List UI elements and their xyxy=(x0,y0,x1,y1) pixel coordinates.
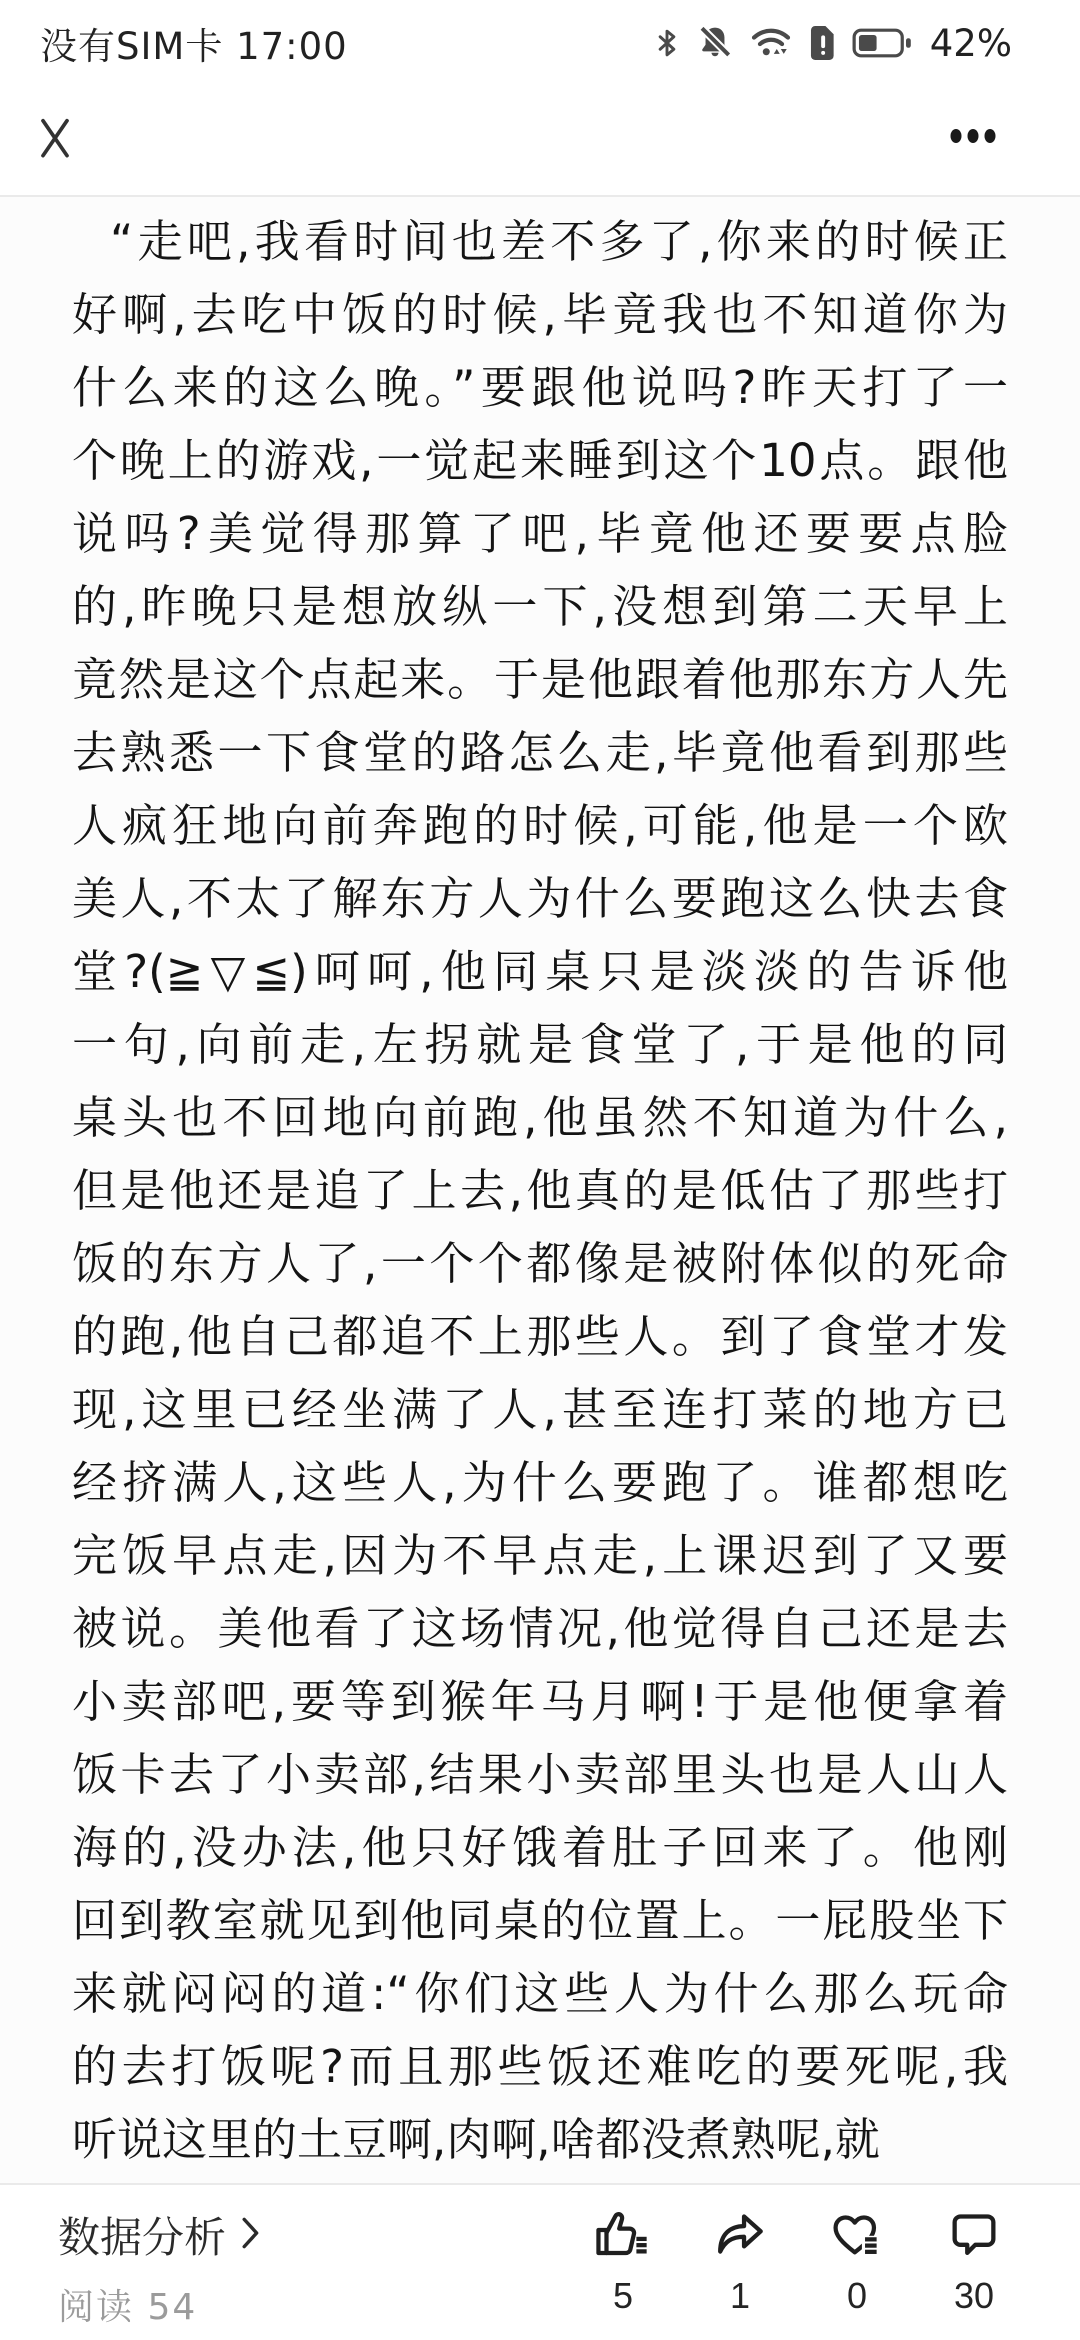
thumbs-up-icon xyxy=(594,2207,652,2261)
text-line: 去熟悉一下食堂的路怎么走,毕竟他看到那些 xyxy=(72,716,1008,789)
text-line: 美人,不太了解东方人为什么要跑这么快去食 xyxy=(72,862,1008,935)
status-bar: 没有SIM卡 17:00 xyxy=(0,0,1080,80)
battery-percent-label: 42% xyxy=(930,22,1012,65)
text-line: 个晚上的游戏,一觉起来睡到这个10点。跟他 xyxy=(72,424,1008,497)
text-line: 好啊,去吃中饭的时候,毕竟我也不知道你为 xyxy=(72,278,1008,351)
footer-bar: 数据分析 阅读 54 5 xyxy=(0,2185,1080,2340)
comment-bubble-icon xyxy=(947,2207,1001,2261)
analytics-label: 数据分析 xyxy=(58,2205,226,2265)
read-count-value: 54 xyxy=(147,2287,197,2328)
text-line: 什么来的这么晚。”要跟他说吗?昨天打了一 xyxy=(72,351,1008,424)
more-options-icon xyxy=(948,126,1000,149)
text-line: 饭卡去了小卖部,结果小卖部里头也是人山人 xyxy=(72,1738,1008,1811)
wifi-icon xyxy=(748,22,794,64)
share-count: 1 xyxy=(730,2275,750,2317)
text-line: 但是他还是追了上去,他真的是低估了那些打 xyxy=(72,1154,1008,1227)
text-line: 听说这里的土豆啊,肉啊,啥都没煮熟呢,就 xyxy=(72,2103,1008,2176)
text-line: 回到教室就见到他同桌的位置上。一屁股坐下 xyxy=(72,1884,1008,1957)
text-line: 被说。美他看了这场情况,他觉得自己还是去 xyxy=(72,1592,1008,1665)
bluetooth-icon xyxy=(652,23,682,63)
more-options-button[interactable] xyxy=(948,126,1000,149)
text-line: 人疯狂地向前奔跑的时候,可能,他是一个欧 xyxy=(72,789,1008,862)
like-count: 5 xyxy=(613,2275,633,2317)
text-line: 海的,没办法,他只好饿着肚子回来了。他刚 xyxy=(72,1811,1008,1884)
chevron-right-icon xyxy=(240,2216,262,2254)
favorite-count: 0 xyxy=(847,2275,867,2317)
text-line: 竟然是这个点起来。于是他跟着他那东方人先 xyxy=(72,643,1008,716)
text-line: “走吧,我看时间也差不多了,你来的时候正 xyxy=(72,205,1008,278)
footer-left: 数据分析 阅读 54 xyxy=(58,2205,262,2330)
text-line: 的,昨晚只是想放纵一下,没想到第二天早上 xyxy=(72,570,1008,643)
text-line: 现,这里已经坐满了人,甚至连打菜的地方已 xyxy=(72,1373,1008,1446)
carrier-time-label: 没有SIM卡 17:00 xyxy=(40,16,348,70)
close-button[interactable] xyxy=(30,112,80,163)
text-line: 的去打饭呢?而且那些饭还难吃的要死呢,我 xyxy=(72,2030,1008,2103)
comment-count: 30 xyxy=(954,2275,994,2317)
reader-header xyxy=(0,80,1080,195)
like-button[interactable]: 5 xyxy=(594,2207,652,2317)
action-bar: 5 1 0 xyxy=(594,2207,1002,2317)
text-line: 来就闷闷的道:“你们这些人为什么那么玩命 xyxy=(72,1957,1008,2030)
read-count: 阅读 54 xyxy=(58,2279,262,2330)
text-line: 堂?(≧▽≦)呵呵,他同桌只是淡淡的告诉他 xyxy=(72,935,1008,1008)
text-line: 饭的东方人了,一个个都像是被附体似的死命 xyxy=(72,1227,1008,1300)
status-icons: 42% xyxy=(652,21,1012,65)
reading-page[interactable]: “走吧,我看时间也差不多了,你来的时候正好啊,去吃中饭的时候,毕竟我也不知道你为… xyxy=(0,197,1080,2183)
favorite-button[interactable]: 0 xyxy=(828,2207,886,2317)
text-line: 说吗?美觉得那算了吧,毕竟他还要要点脸 xyxy=(72,497,1008,570)
text-line: 的跑,他自己都追不上那些人。到了食堂才发 xyxy=(72,1300,1008,1373)
share-icon xyxy=(713,2207,767,2261)
text-line: 经挤满人,这些人,为什么要跑了。谁都想吃 xyxy=(72,1446,1008,1519)
comment-button[interactable]: 30 xyxy=(946,2207,1002,2317)
close-icon xyxy=(30,112,80,163)
analytics-link[interactable]: 数据分析 xyxy=(58,2205,262,2265)
text-line: 完饭早点走,因为不早点走,上课迟到了又要 xyxy=(72,1519,1008,1592)
text-line: 一句,向前走,左拐就是食堂了,于是他的同 xyxy=(72,1008,1008,1081)
text-line: 桌头也不回地向前跑,他虽然不知道为什么, xyxy=(72,1081,1008,1154)
read-count-label: 阅读 xyxy=(58,2287,134,2328)
notifications-muted-icon xyxy=(694,22,736,64)
battery-icon xyxy=(852,26,914,60)
sim-alert-icon xyxy=(806,21,840,65)
heart-list-icon xyxy=(828,2207,886,2261)
share-button[interactable]: 1 xyxy=(712,2207,768,2317)
text-line: 小卖部吧,要等到猴年马月啊!于是他便拿着 xyxy=(72,1665,1008,1738)
